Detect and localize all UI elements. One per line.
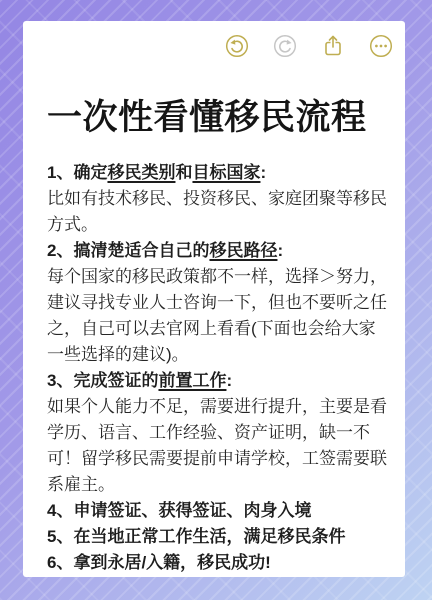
section-heading: 6、拿到永居/入籍，移民成功! [47, 550, 389, 576]
section-body: 如果个人能力不足，需要进行提升，主要是看学历、语言、工作经验、资产证明，缺一不可… [47, 394, 389, 498]
note-title: 一次性看懂移民流程 [47, 95, 381, 141]
share-icon[interactable] [321, 33, 345, 59]
section-body: 每个国家的移民政策都不一样，选择＞努力，建议寻找专业人士咨询一下，但也不要听之任… [47, 264, 389, 368]
undo-icon[interactable] [225, 33, 249, 59]
section-heading: 1、确定移民类别和目标国家: [47, 160, 389, 186]
section-heading: 3、完成签证的前置工作: [47, 368, 389, 394]
phone-wallpaper-background: { "toolbar": { "icons": [ { "name": "und… [0, 0, 432, 600]
note-sections: 1、确定移民类别和目标国家:比如有技术移民、投资移民、家庭团聚等移民方式。2、搞… [23, 160, 405, 576]
section-heading: 2、搞清楚适合自己的移民路径: [47, 238, 389, 264]
more-icon[interactable] [369, 33, 393, 59]
note-card: 一次性看懂移民流程 1、确定移民类别和目标国家:比如有技术移民、投资移民、家庭团… [23, 21, 405, 577]
section-body: 比如有技术移民、投资移民、家庭团聚等移民方式。 [47, 186, 389, 238]
notes-toolbar [23, 33, 405, 59]
section-heading: 4、申请签证、获得签证、肉身入境 [47, 498, 389, 524]
redo-icon[interactable] [273, 33, 297, 59]
section-heading: 5、在当地正常工作生活，满足移民条件 [47, 524, 389, 550]
